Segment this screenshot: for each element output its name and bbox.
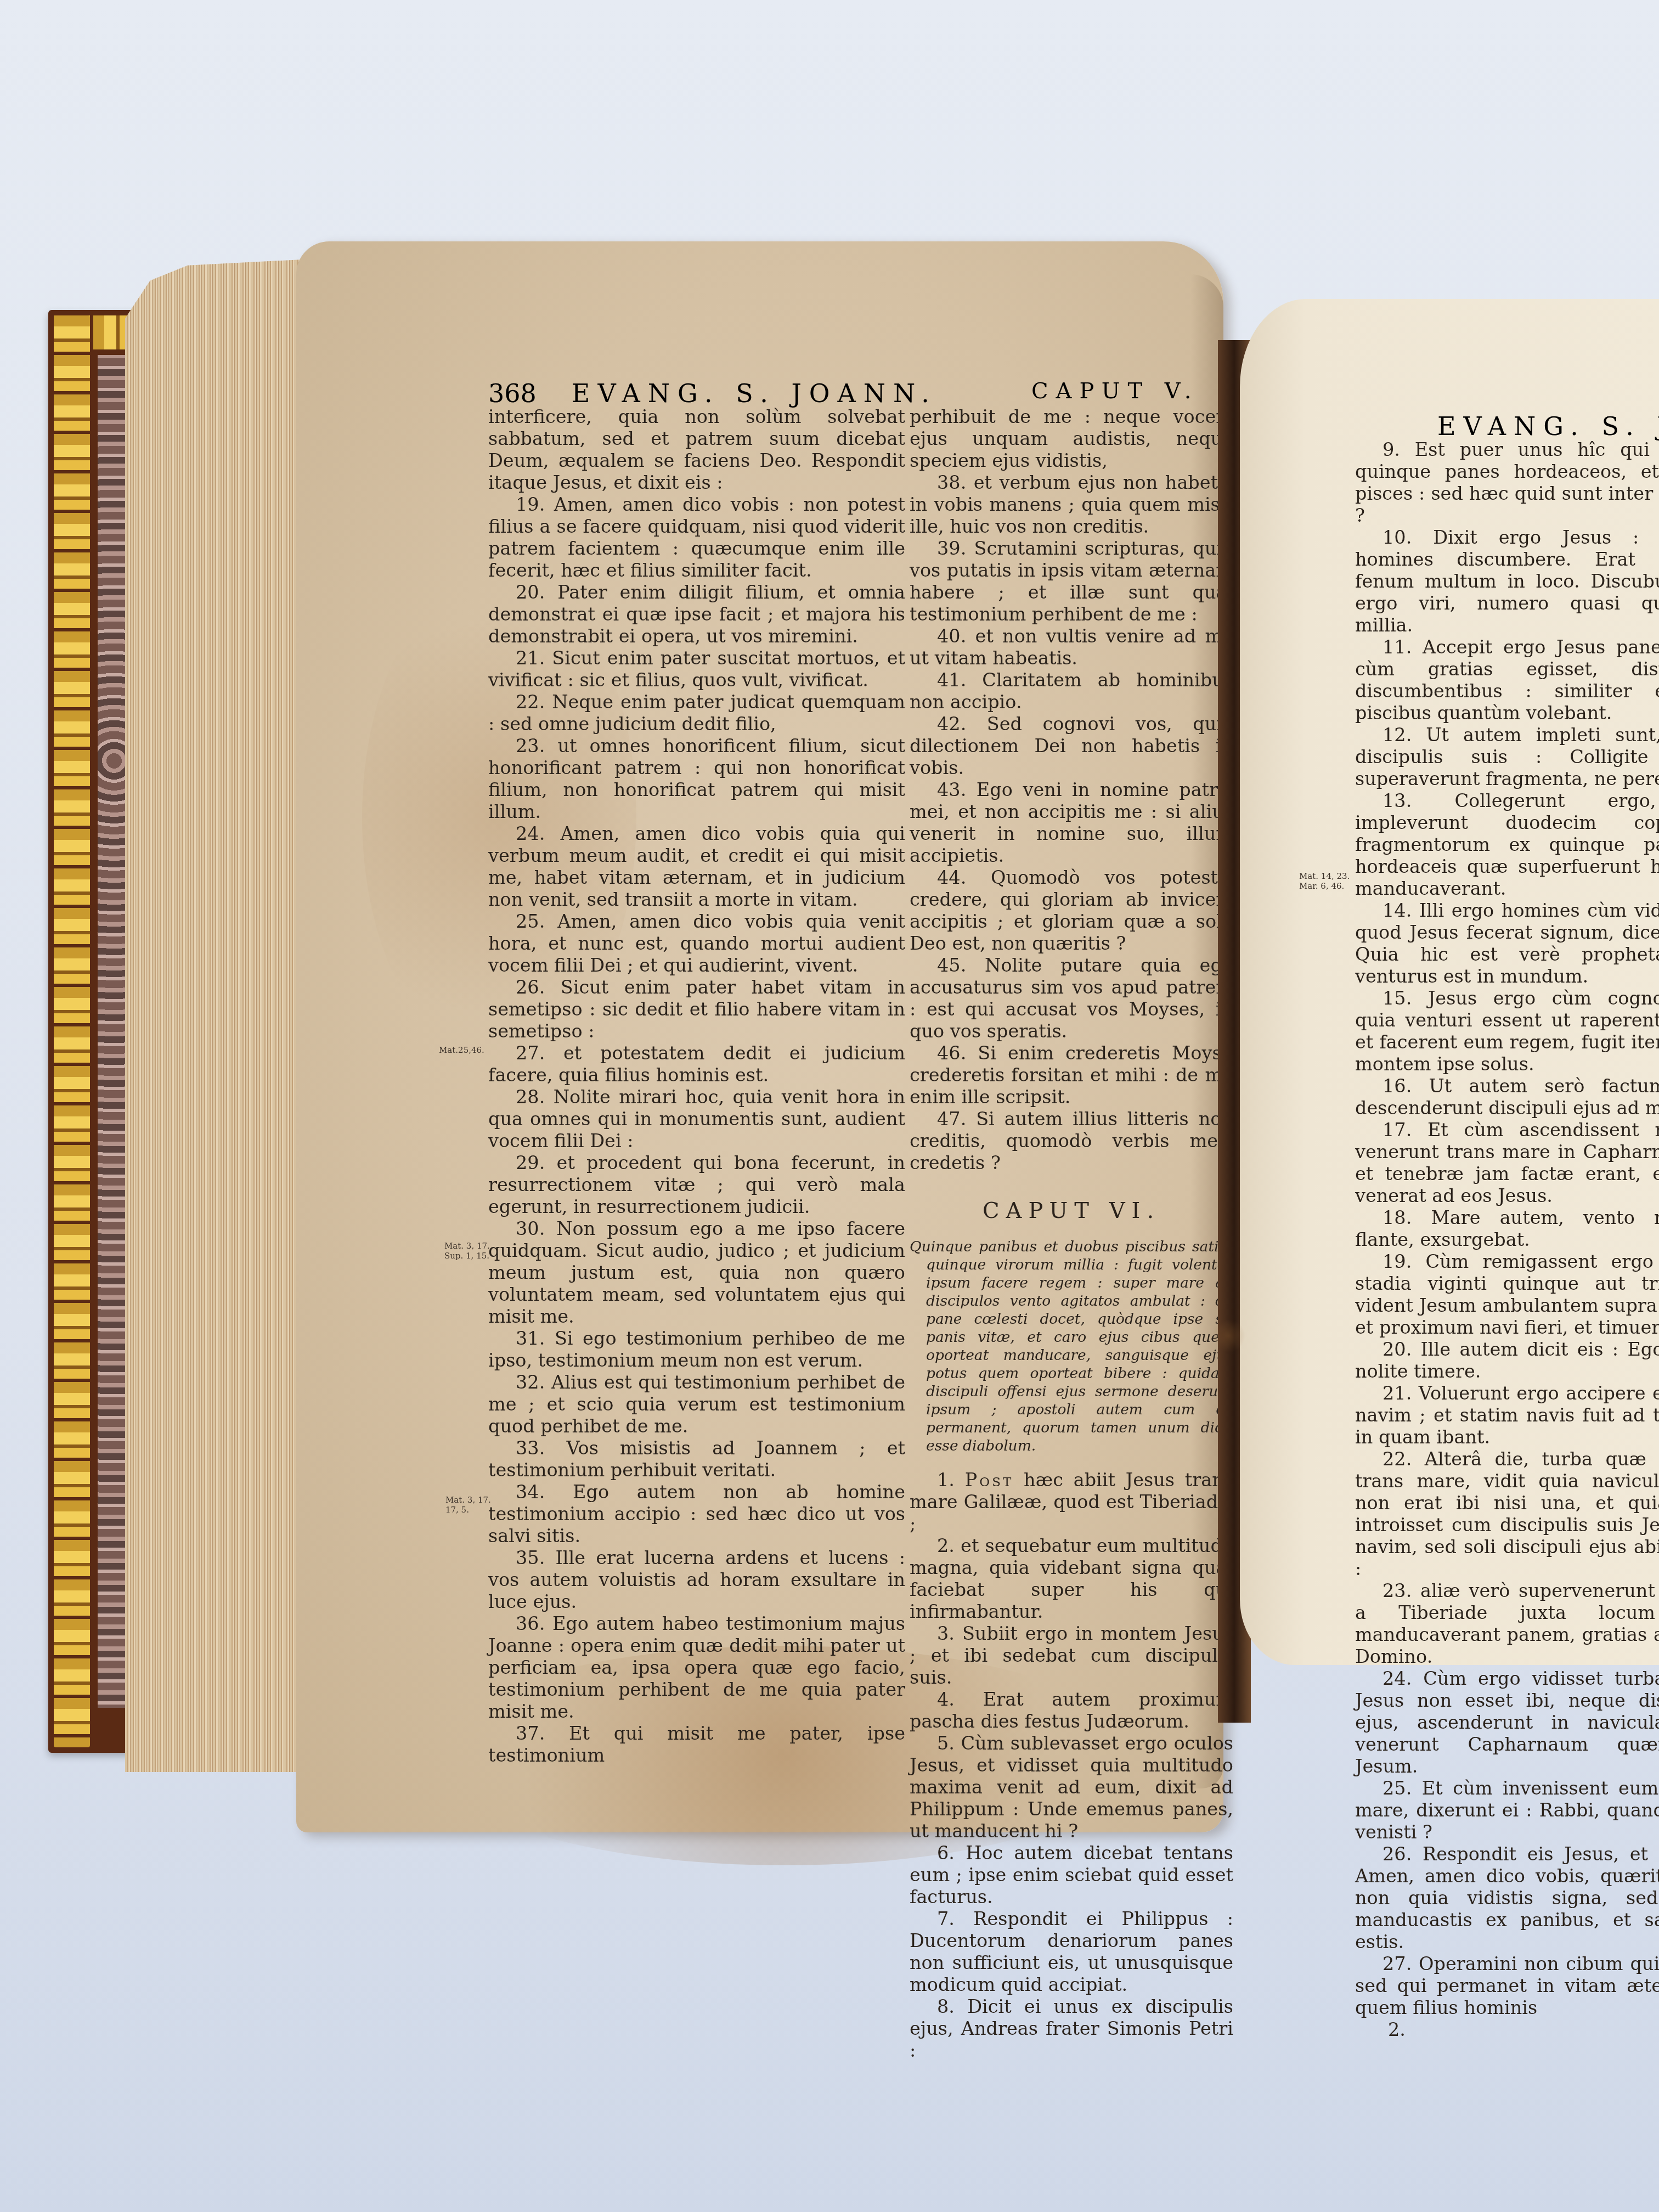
verse-text: Cùm sublevasset ergo oculos Jesus, et vi…	[910, 1733, 1233, 1842]
verse-paragraph: 41. Claritatem ab hominibus non accipio.	[910, 669, 1233, 713]
gilt-tooled-border	[54, 315, 90, 1747]
verse-number: 18.	[1383, 1207, 1412, 1228]
verse-text: Est puer unus hîc qui habet quinque pane…	[1355, 439, 1659, 526]
verse-paragraph: 32. Alius est qui testimonium perhibet d…	[488, 1372, 905, 1437]
verse-paragraph: 1. Post hæc abiit Jesus trans mare Galil…	[910, 1469, 1233, 1535]
verse-text: Pater enim diligit filium, et omnia demo…	[488, 582, 905, 647]
marginal-note: Mat.25,46.	[439, 1045, 484, 1055]
verse-number: 9.	[1383, 439, 1400, 460]
verse-paragraph: 6. Hoc autem dicebat tentans eum ; ipse …	[910, 1842, 1233, 1908]
verse-paragraph: 25. Amen, amen dico vobis quia venit hor…	[488, 911, 905, 977]
verse-paragraph: 30. Non possum ego a me ipso facere quid…	[488, 1218, 905, 1328]
verse-paragraph: 2. et sequebatur eum multitudo magna, qu…	[910, 1535, 1233, 1623]
verse-number: 28.	[516, 1086, 545, 1108]
verse-number: 11.	[1383, 636, 1412, 658]
verse-paragraph: 25. Et cùm invenissent eum trans mare, d…	[1355, 1778, 1659, 1843]
verse-paragraph: 40. et non vultis venire ad me ut vitam …	[910, 625, 1233, 669]
chapter-initial-word: Post	[965, 1469, 1014, 1491]
verse-paragraph: 19. Amen, amen dico vobis : non potest f…	[488, 494, 905, 582]
verse-text: Alius est qui testimonium perhibet de me…	[488, 1372, 905, 1437]
verse-number: 10.	[1383, 527, 1412, 548]
verse-paragraph: 45. Nolite putare quia ego accusaturus s…	[910, 955, 1233, 1042]
verse-paragraph: 18. Mare autem, vento magno flante, exsu…	[1355, 1207, 1659, 1251]
verse-text: interficere, quia non solùm solvebat sab…	[488, 406, 905, 493]
verse-number: 13.	[1383, 790, 1412, 811]
verse-text: Si ego testimonium perhibeo de me ipso, …	[488, 1328, 905, 1371]
verse-paragraph: 47. Si autem illius litteris non crediti…	[910, 1108, 1233, 1174]
page-number: 368	[488, 379, 537, 408]
verse-paragraph: 21. Voluerunt ergo accipere eum in navim…	[1355, 1383, 1659, 1448]
verse-paragraph: 34. Ego autem non ab homine testimonium …	[488, 1481, 905, 1547]
left-page-column-2: perhibuit de me : neque vocem ejus unqua…	[910, 406, 1233, 2062]
verse-text: perhibuit de me : neque vocem ejus unqua…	[910, 406, 1233, 471]
verse-paragraph: 21. Sicut enim pater suscitat mortuos, e…	[488, 647, 905, 691]
verse-text: et procedent qui bona fecerunt, in resur…	[488, 1152, 905, 1217]
verse-number: 30.	[516, 1218, 545, 1239]
running-title: EVANG. S. JOANN.	[572, 379, 937, 408]
verse-number: 21.	[1383, 1383, 1412, 1404]
verse-paragraph: 42. Sed cognovi vos, quia dilectionem De…	[910, 713, 1233, 779]
verse-paragraph: 23. aliæ verò supervenerunt naves a Tibe…	[1355, 1580, 1659, 1668]
verse-text: Vos misistis ad Joannem ; et testimonium…	[488, 1437, 905, 1481]
chapter-summary: Quinque panibus et duobus piscibus satia…	[910, 1238, 1233, 1455]
verse-number: 23.	[1383, 1580, 1412, 1601]
verse-text: Nolite mirari hoc, quia venit hora in qu…	[488, 1086, 905, 1152]
verse-number: 17.	[1383, 1119, 1412, 1141]
verse-number: 21.	[516, 647, 545, 669]
verse-number: 41.	[937, 669, 966, 691]
verse-number: 12.	[1383, 724, 1412, 746]
verse-paragraph: 14. Illi ergo homines cùm vidissent quod…	[1355, 900, 1659, 988]
verse-number: 7.	[937, 1908, 955, 1929]
verse-paragraph: 24. Amen, amen dico vobis quia qui verbu…	[488, 823, 905, 911]
verse-text: Sicut enim pater suscitat mortuos, et vi…	[488, 647, 905, 691]
verse-number: 22.	[1383, 1448, 1412, 1470]
verse-paragraph: 27. et potestatem dedit ei judicium face…	[488, 1042, 905, 1086]
verse-number: 20.	[516, 582, 545, 603]
verse-text: Amen, amen dico vobis quia venit hora, e…	[488, 911, 905, 976]
verse-paragraph: 26. Sicut enim pater habet vitam in seme…	[488, 977, 905, 1042]
verse-paragraph: 20. Ille autem dicit eis : Ego sum, noli…	[1355, 1339, 1659, 1383]
verse-paragraph: perhibuit de me : neque vocem ejus unqua…	[910, 406, 1233, 472]
verse-text: et sequebatur eum multitudo magna, quia …	[910, 1535, 1233, 1622]
verse-number: 15.	[1383, 988, 1412, 1009]
verse-number: 14.	[1383, 900, 1412, 921]
verse-text: ut omnes honorificent filium, sicut hono…	[488, 735, 905, 822]
verse-paragraph: 36. Ego autem habeo testimonium majus Jo…	[488, 1613, 905, 1723]
foxing-spot	[1212, 1319, 1245, 1352]
verse-number: 6.	[937, 1842, 955, 1864]
verse-paragraph: 22. Alterâ die, turba quæ stabat trans m…	[1355, 1448, 1659, 1580]
verse-text: Non possum ego a me ipso facere quidquam…	[488, 1218, 905, 1327]
verse-number: 40.	[937, 625, 966, 647]
verse-number: 32.	[516, 1372, 545, 1393]
verse-number: 25.	[1383, 1778, 1412, 1799]
verse-paragraph: 17. Et cùm ascendissent navim, venerunt …	[1355, 1119, 1659, 1207]
verse-number: 42.	[937, 713, 966, 735]
verse-number: 16.	[1383, 1075, 1412, 1097]
verse-number: 27.	[516, 1042, 545, 1064]
marginal-note: Mat. 14, 23. Mar. 6, 46.	[1299, 871, 1350, 891]
verse-paragraph: 24. Cùm ergo vidisset turba quia Jesus n…	[1355, 1668, 1659, 1778]
verse-number: 19.	[1383, 1251, 1412, 1272]
verse-paragraph: 15. Jesus ergo cùm cognovisset quia vent…	[1355, 988, 1659, 1075]
verse-paragraph: interficere, quia non solùm solvebat sab…	[488, 406, 905, 494]
verse-paragraph: 29. et procedent qui bona fecerunt, in r…	[488, 1152, 905, 1218]
verse-paragraph: 44. Quomodò vos potestis credere, qui gl…	[910, 867, 1233, 955]
caput-v-heading: CAPUT V.	[1031, 379, 1199, 404]
verse-text: Amen, amen dico vobis : non potest filiu…	[488, 494, 905, 581]
verse-text: Sicut enim pater habet vitam in semetips…	[488, 977, 905, 1042]
verse-paragraph: 38. et verbum ejus non habetis in vobis …	[910, 472, 1233, 538]
verse-paragraph: 28. Nolite mirari hoc, quia venit hora i…	[488, 1086, 905, 1152]
verse-number: 25.	[516, 911, 545, 932]
verse-number: 44.	[937, 867, 966, 888]
verse-text: Ego autem habeo testimonium majus Joanne…	[488, 1613, 905, 1722]
open-book-photo: 368EVANG. S. JOANN. CAPUT V. interficere…	[0, 0, 1659, 2212]
verse-text: hæc abiit Jesus trans mare Galilææ, quod…	[910, 1469, 1233, 1534]
verse-number: 2.	[937, 1535, 955, 1556]
verse-text: Neque enim pater judicat quemquam : sed …	[488, 691, 905, 735]
verse-paragraph: 7. Respondit ei Philippus : Ducentorum d…	[910, 1908, 1233, 1996]
verse-number: 5.	[937, 1733, 955, 1754]
verse-number: 29.	[516, 1152, 545, 1173]
verse-paragraph: 35. Ille erat lucerna ardens et lucens :…	[488, 1547, 905, 1613]
verse-paragraph: 5. Cùm sublevasset ergo oculos Jesus, et…	[910, 1733, 1233, 1842]
verse-number: 19.	[516, 494, 545, 515]
verse-number: 37.	[516, 1723, 545, 1744]
chapter-heading: CAPUT VI.	[910, 1198, 1233, 1223]
verse-paragraph: 13. Collegerunt ergo, et impleverunt duo…	[1355, 790, 1659, 900]
verse-number: 26.	[1383, 1843, 1412, 1865]
verse-text: Hoc autem dicebat tentans eum ; ipse eni…	[910, 1842, 1233, 1908]
verse-text: Ego autem non ab homine testimonium acci…	[488, 1481, 905, 1547]
verse-number: 33.	[516, 1437, 545, 1459]
verse-number: 43.	[937, 779, 966, 800]
verse-paragraph: 46. Si enim crederetis Moysi, crederetis…	[910, 1042, 1233, 1108]
verse-number: 39.	[937, 538, 966, 559]
verse-number: 8.	[937, 1996, 955, 2017]
verse-number: 23.	[516, 735, 545, 757]
verse-paragraph: 12. Ut autem impleti sunt, dixit discipu…	[1355, 724, 1659, 790]
verse-number: 3.	[937, 1623, 955, 1644]
left-page-column-1: interficere, quia non solùm solvebat sab…	[488, 406, 905, 1767]
verse-number: 46.	[937, 1042, 966, 1064]
verse-paragraph: 33. Vos misistis ad Joannem ; et testimo…	[488, 1437, 905, 1481]
verse-paragraph: 27. Operamini non cibum qui perit, sed q…	[1355, 1953, 1659, 2019]
verse-paragraph: 11. Accepit ergo Jesus panes ; et cùm gr…	[1355, 636, 1659, 724]
verse-paragraph: 31. Si ego testimonium perhibeo de me ip…	[488, 1328, 905, 1372]
verse-number: 47.	[937, 1108, 966, 1130]
verse-number: 1.	[937, 1469, 955, 1491]
verse-number: 24.	[516, 823, 545, 844]
verse-number: 22.	[516, 691, 545, 713]
verse-paragraph: 23. ut omnes honorificent filium, sicut …	[488, 735, 905, 823]
verse-text: Ille erat lucerna ardens et lucens : vos…	[488, 1547, 905, 1612]
verse-paragraph: 20. Pater enim diligit filium, et omnia …	[488, 582, 905, 647]
verse-number: 4.	[937, 1689, 955, 1710]
verse-number: 26.	[516, 977, 545, 998]
verse-paragraph: 43. Ego veni in nomine patris mei, et no…	[910, 779, 1233, 867]
verse-paragraph: 39. Scrutamini scripturas, quia vos puta…	[910, 538, 1233, 625]
verse-number: 20.	[1383, 1339, 1412, 1360]
marginal-note: Mat. 3, 17. 17, 5.	[445, 1495, 491, 1515]
verse-number: 36.	[516, 1613, 545, 1634]
verse-paragraph: 22. Neque enim pater judicat quemquam : …	[488, 691, 905, 735]
left-running-head: 368EVANG. S. JOANN.	[488, 379, 937, 408]
verse-paragraph: 8. Dicit ei unus ex discipulis ejus, And…	[910, 1996, 1233, 2062]
verse-number: 35.	[516, 1547, 545, 1568]
verse-number: 38.	[937, 472, 966, 493]
marginal-note: Mat. 3, 17. Sup. 1, 15.	[444, 1241, 490, 1261]
verse-paragraph: 19. Cùm remigassent ergo quasi stadia vi…	[1355, 1251, 1659, 1339]
verse-paragraph: 26. Respondit eis Jesus, et dixit : Amen…	[1355, 1843, 1659, 1953]
verse-number: 27.	[1383, 1953, 1412, 1974]
signature-mark: 2.	[1388, 2019, 1659, 2041]
verse-text: Respondit ei Philippus : Ducentorum dena…	[910, 1908, 1233, 1995]
verse-text: Et qui misit me pater, ipse testimonium	[488, 1723, 905, 1766]
verse-text: Amen, amen dico vobis quia qui verbum me…	[488, 823, 905, 910]
verse-number: 31.	[516, 1328, 545, 1349]
verse-number: 24.	[1383, 1668, 1412, 1689]
verse-paragraph: 9. Est puer unus hîc qui habet quinque p…	[1355, 439, 1659, 527]
verse-paragraph: 16. Ut autem serò factum est, descenderu…	[1355, 1075, 1659, 1119]
verse-paragraph: 10. Dixit ergo Jesus : Facite homines di…	[1355, 527, 1659, 636]
verse-paragraph: 4. Erat autem proximum pascha dies festu…	[910, 1689, 1233, 1733]
verse-text: Dicit ei unus ex discipulis ejus, Andrea…	[910, 1996, 1233, 2061]
verse-number: 34.	[516, 1481, 545, 1503]
verse-paragraph: 3. Subiit ergo in montem Jesus ; et ibi …	[910, 1623, 1233, 1689]
verse-number: 45.	[937, 955, 966, 976]
verse-paragraph: 37. Et qui misit me pater, ipse testimon…	[488, 1723, 905, 1767]
verse-text: Subiit ergo in montem Jesus ; et ibi sed…	[910, 1623, 1233, 1688]
verse-text: Erat autem proximum pascha dies festus J…	[910, 1689, 1233, 1732]
right-running-head: EVANG. S. JOANN	[1437, 411, 1659, 441]
verse-text: et potestatem dedit ei judicium facere, …	[488, 1042, 905, 1086]
right-page-column: 9. Est puer unus hîc qui habet quinque p…	[1355, 439, 1659, 2041]
